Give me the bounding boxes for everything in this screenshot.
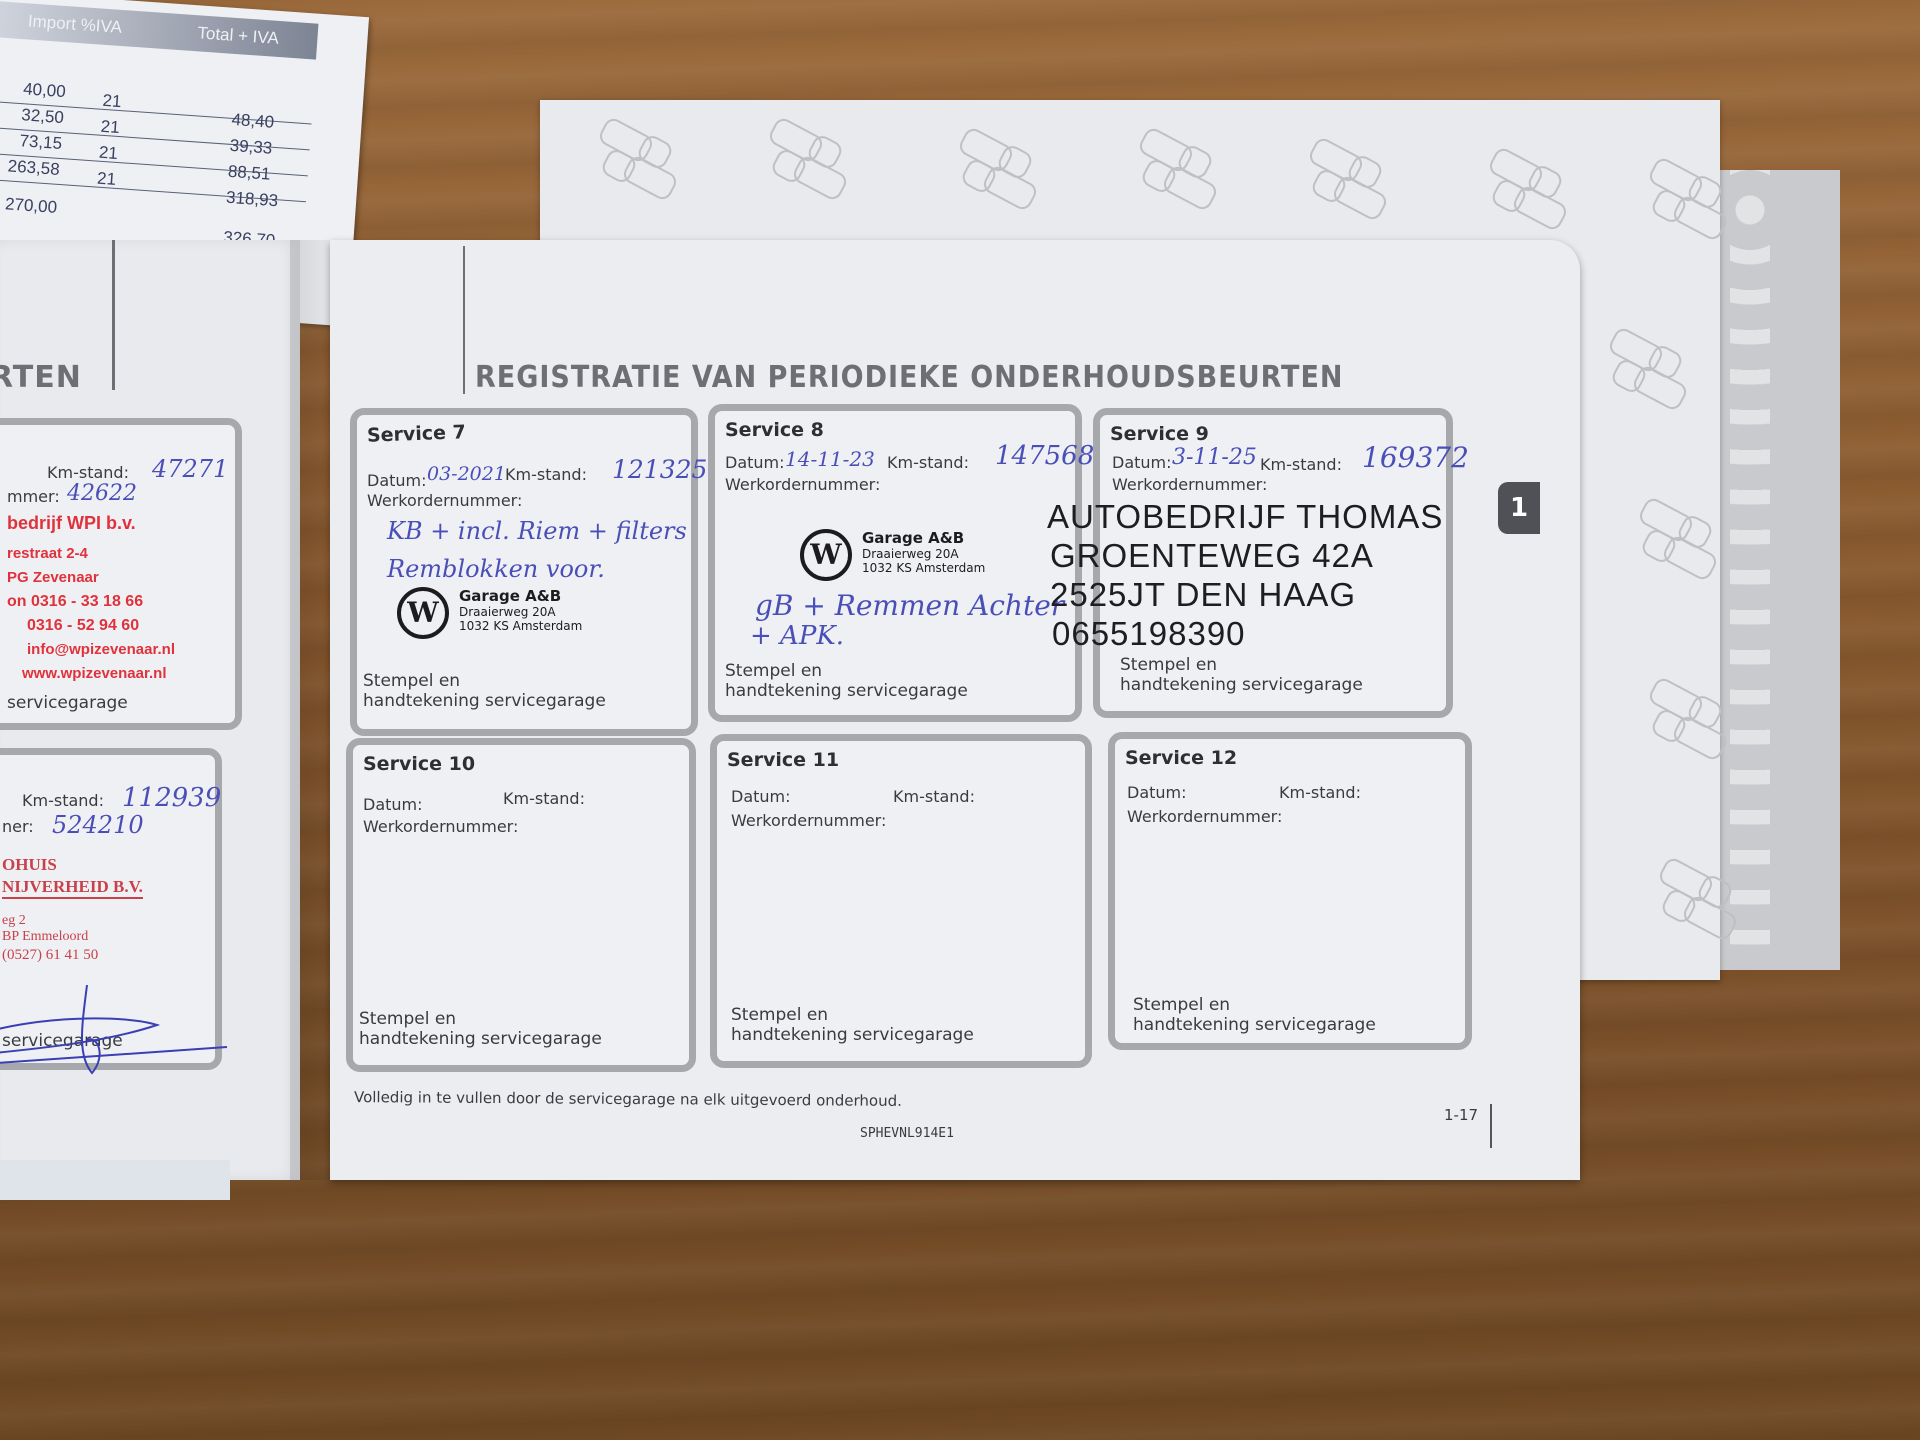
typed-stamp-line: AUTOBEDRIJF THOMAS	[1047, 498, 1443, 536]
order-label: Werkordernummer:	[1112, 475, 1267, 494]
typed-stamp-line: 0655198390	[1052, 615, 1246, 653]
stamp-line: www.wpizevenaar.nl	[22, 665, 167, 682]
stamp-line: on 0316 - 33 18 66	[7, 593, 143, 611]
km-label: Km-stand:	[1279, 783, 1361, 802]
order-value: 42622	[67, 481, 137, 506]
datum-label: Datum:	[731, 787, 791, 806]
order-label: Werkordernummer:	[1127, 807, 1282, 826]
left-service-box-upper: Km-stand: 47271 mmer: 42622 bedrijf WPI …	[0, 418, 242, 730]
logo-pattern-icon	[1650, 160, 1740, 230]
stamp-caption: Stempel en	[1133, 995, 1230, 1015]
receipt-import: 32,50	[21, 105, 65, 128]
divider	[463, 246, 465, 394]
stamp-caption: handtekening servicegarage	[363, 691, 606, 711]
order-label: mmer:	[7, 487, 60, 506]
stamp-line: OHUIS	[2, 855, 57, 875]
order-label: Werkordernummer:	[725, 475, 880, 494]
logo-pattern-icon	[1660, 860, 1750, 930]
stamp-name: Garage A&B	[862, 529, 964, 547]
left-page-title: RTEN	[0, 360, 82, 395]
left-service-box-lower: Km-stand: 112939 ner: 524210 OHUIS NIJVE…	[0, 748, 222, 1070]
stamp-line: bedrijf WPI b.v.	[7, 513, 136, 534]
order-label: Werkordernummer:	[363, 817, 518, 836]
paper-slip	[0, 1160, 230, 1200]
receipt-header: Import %IVA Total + IVA	[0, 1, 318, 59]
signature	[0, 985, 237, 1075]
stamp-line: eg 2	[2, 913, 26, 929]
logo-pattern-icon	[770, 120, 860, 190]
logo-pattern-icon	[1310, 140, 1400, 210]
order-label: ner:	[2, 817, 34, 836]
stamp-line: (0527) 61 41 50	[2, 947, 98, 964]
stamp-caption: Stempel en	[731, 1005, 828, 1025]
service-box-7: Service 7 Datum: 03-2021 Km-stand: 12132…	[350, 408, 698, 736]
km-label: Km-stand:	[505, 465, 587, 484]
datum-label: Datum:	[363, 795, 423, 814]
page-number: 1-17	[1444, 1106, 1478, 1124]
stamp-caption: handtekening servicegarage	[725, 681, 968, 701]
service-title: Service 8	[725, 419, 824, 441]
km-value: 121325	[612, 455, 707, 484]
receipt-import: 263,58	[7, 156, 60, 180]
stamp-line: PG Zevenaar	[7, 569, 99, 586]
km-value: 169372	[1362, 441, 1469, 474]
order-value: 524210	[52, 811, 144, 839]
receipt-import: 40,00	[22, 79, 66, 102]
datum-label: Datum:	[1127, 783, 1187, 802]
service-box-8: Service 8 Datum: 14-11-23 Km-stand: 1475…	[708, 404, 1082, 722]
work-note: KB + incl. Riem + filters	[387, 517, 687, 545]
order-label: Werkordernummer:	[731, 811, 886, 830]
work-note: + APK.	[750, 621, 844, 651]
service-box-12: Service 12 Datum: Km-stand: Werkordernum…	[1108, 732, 1472, 1050]
km-value: 147568	[995, 441, 1094, 471]
km-value: 112939	[122, 783, 221, 813]
document-code: SPHEVNL914E1	[860, 1126, 954, 1141]
km-label: Km-stand:	[887, 453, 969, 472]
logo-pattern-icon	[1490, 150, 1580, 220]
datum-label: Datum:	[367, 471, 427, 490]
stamp-line: NIJVERHEID B.V.	[2, 877, 143, 899]
km-label: Km-stand:	[47, 463, 129, 482]
receipt-header-total: Total + IVA	[197, 23, 280, 49]
stamp-line: info@wpizevenaar.nl	[27, 641, 175, 658]
service-title: Service 11	[727, 749, 839, 771]
stamp-line: BP Emmeloord	[2, 929, 88, 945]
stamp-street: Draaierweg 20A	[459, 605, 556, 619]
divider	[1490, 1104, 1492, 1148]
stamp-city: 1032 KS Amsterdam	[862, 561, 985, 575]
datum-label: Datum:	[1112, 453, 1172, 472]
typed-stamp-line: GROENTEWEG 42A	[1050, 537, 1374, 575]
stamp-line: 0316 - 52 94 60	[27, 617, 139, 635]
work-note: Remblokken voor.	[387, 555, 605, 583]
stamp-street: Draaierweg 20A	[862, 547, 959, 561]
stamp-caption: Stempel en	[359, 1009, 456, 1029]
stamp-caption: Stempel en	[363, 671, 460, 691]
receipt-import: 73,15	[19, 131, 63, 154]
km-value: 47271	[152, 455, 228, 483]
service-title: Service 12	[1125, 747, 1237, 769]
datum-value: 03-2021	[427, 463, 506, 485]
service-title: Service 10	[363, 753, 475, 775]
stamp-caption: servicegarage	[7, 693, 128, 713]
stamp-caption: Stempel en	[1120, 655, 1217, 675]
vw-logo-icon: W	[397, 587, 449, 639]
stamp-city: 1032 KS Amsterdam	[459, 619, 582, 633]
stamp-caption: handtekening servicegarage	[731, 1025, 974, 1045]
logo-pattern-icon	[1650, 680, 1740, 750]
service-title: Service 9	[1110, 423, 1209, 445]
stamp-caption: handtekening servicegarage	[359, 1029, 602, 1049]
receipt-iva: 21	[96, 169, 116, 190]
chapter-tab: 1	[1498, 482, 1540, 534]
km-label: Km-stand:	[22, 791, 104, 810]
km-label: Km-stand:	[893, 787, 975, 806]
datum-label: Datum:	[725, 453, 785, 472]
typed-stamp-line: 2525JT DEN HAAG	[1050, 576, 1356, 614]
order-label: Werkordernummer:	[367, 491, 522, 510]
logo-pattern-icon	[1610, 330, 1700, 400]
receipt-header-import: Import %IVA	[27, 11, 122, 38]
divider	[112, 240, 115, 390]
logo-pattern-icon	[960, 130, 1050, 200]
work-note: gB + Remmen Achter	[755, 589, 1064, 622]
service-title: Service 7	[367, 421, 467, 446]
datum-value: 3-11-25	[1172, 445, 1257, 470]
page-title: REGISTRATIE VAN PERIODIEKE ONDERHOUDSBEU…	[475, 360, 1344, 395]
stamp-caption: handtekening servicegarage	[1120, 675, 1363, 695]
km-label: Km-stand:	[1260, 455, 1342, 474]
datum-value: 14-11-23	[785, 447, 875, 471]
receipt-import: 270,00	[4, 194, 57, 218]
stamp-caption: Stempel en	[725, 661, 822, 681]
service-box-10: Service 10 Datum: Km-stand: Werkordernum…	[346, 738, 696, 1072]
km-label: Km-stand:	[503, 789, 585, 808]
service-box-11: Service 11 Datum: Km-stand: Werkordernum…	[710, 734, 1092, 1068]
stamp-name: Garage A&B	[459, 587, 561, 605]
stamp-line: restraat 2-4	[7, 545, 88, 562]
logo-pattern-icon	[1140, 130, 1230, 200]
vw-logo-icon: W	[800, 529, 852, 581]
stamp-caption: handtekening servicegarage	[1133, 1015, 1376, 1035]
logo-pattern-icon	[600, 120, 690, 190]
footer-note: Volledig in te vullen door de servicegar…	[354, 1088, 902, 1110]
logo-pattern-icon	[1640, 500, 1730, 570]
